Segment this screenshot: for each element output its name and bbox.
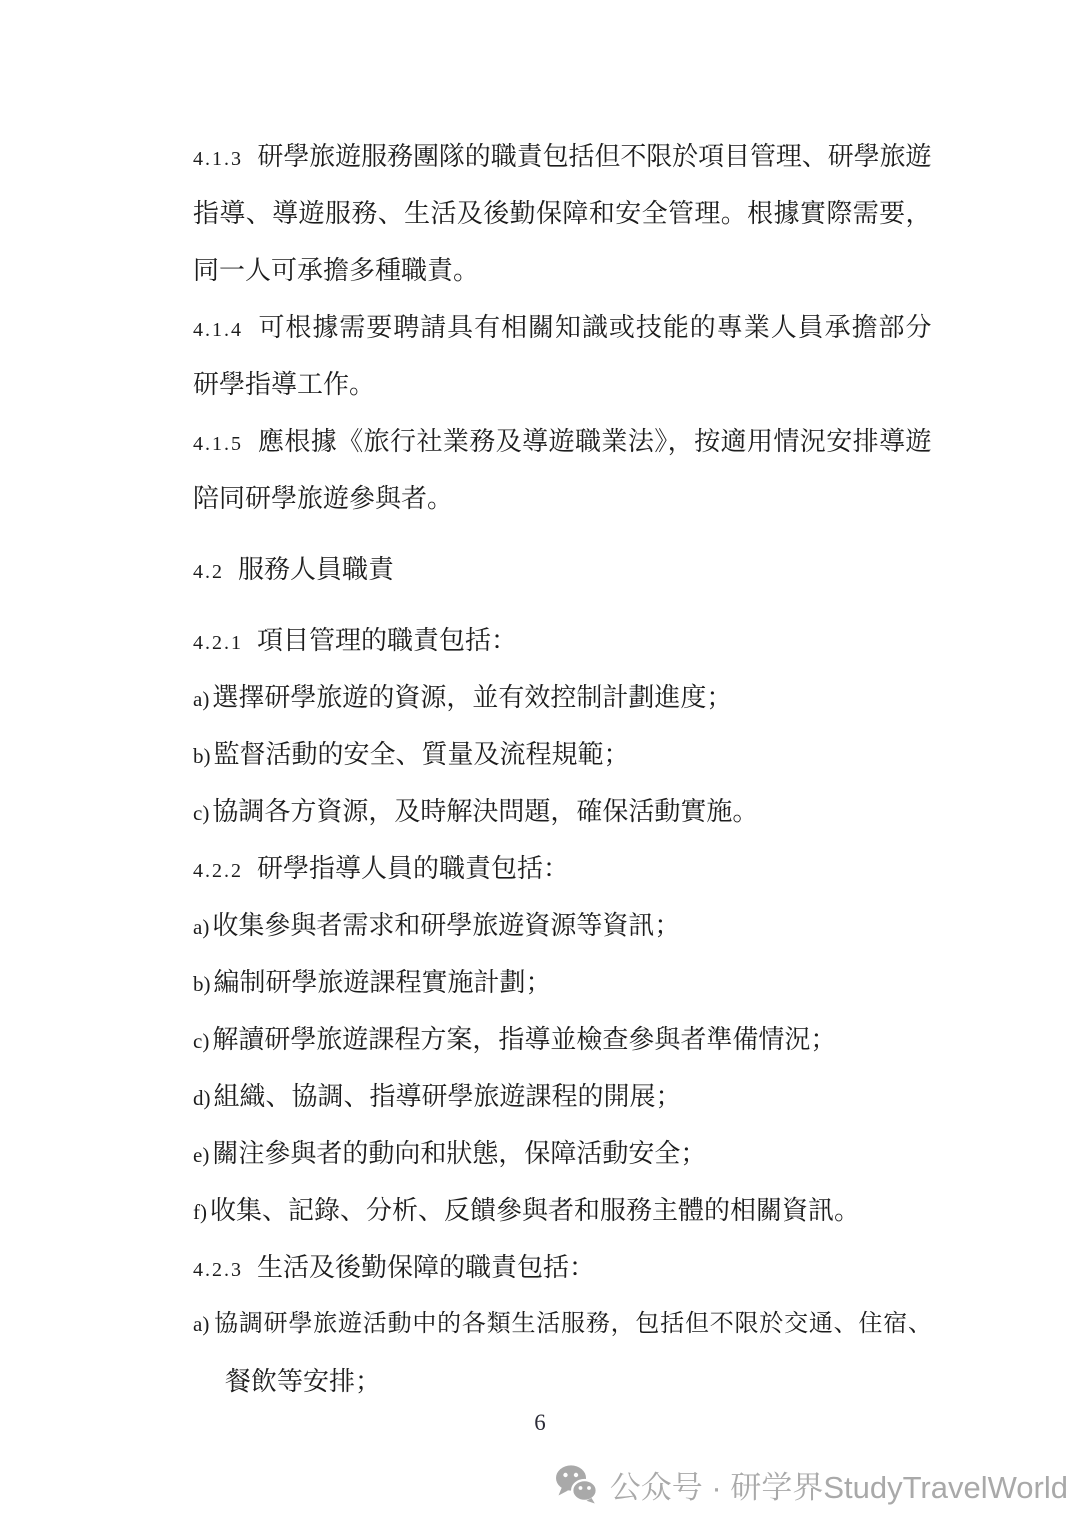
list-item-b: b)監督活動的安全、質量及流程規範； xyxy=(193,726,931,783)
item-letter: c) xyxy=(193,801,209,825)
item-letter: b) xyxy=(193,972,211,996)
clause-text: 研學指導工作。 xyxy=(193,370,375,399)
item-letter: a) xyxy=(193,915,209,939)
clause-number: 4.2.2 xyxy=(193,860,243,882)
clause-4-1-3-line-2: 指導、導遊服務、生活及後勤保障和安全管理。根據實際需要， xyxy=(193,185,931,242)
item-text: 收集參與者需求和研學旅遊資源等資訊； xyxy=(212,911,680,940)
item-text: 編制研學旅遊課程實施計劃； xyxy=(214,968,552,997)
item-text: 選擇研學旅遊的資源，並有效控制計劃進度； xyxy=(212,683,732,712)
clause-4-1-5-line-2: 陪同研學旅遊參與者。 xyxy=(193,470,931,527)
item-letter: f) xyxy=(193,1200,207,1224)
list-item-a-line-2: 餐飲等安排； xyxy=(193,1353,931,1410)
page-number: 6 xyxy=(0,1408,1080,1438)
item-text: 收集、記錄、分析、反饋參與者和服務主體的相關資訊。 xyxy=(210,1196,860,1225)
clause-text: 陪同研學旅遊參與者。 xyxy=(193,484,453,513)
clause-text: 可根據需要聘請具有相關知識或技能的專業人員承擔部分 xyxy=(257,313,931,342)
clause-text: 同一人可承擔多種職責。 xyxy=(193,256,479,285)
list-item-a: a)收集參與者需求和研學旅遊資源等資訊； xyxy=(193,897,931,954)
clause-4-2-2: 4.2.2研學指導人員的職責包括： xyxy=(193,840,931,897)
watermark: 公众号 · 研学界StudyTravelWorld xyxy=(555,1458,1068,1510)
clause-text: 指導、導遊服務、生活及後勤保障和安全管理。根據實際需要， xyxy=(193,199,931,228)
item-letter: e) xyxy=(193,1143,209,1167)
section-heading-4-2: 4.2服務人員職責 xyxy=(193,541,931,598)
watermark-text: 公众号 · 研学界StudyTravelWorld xyxy=(610,1462,1068,1507)
item-text: 監督活動的安全、質量及流程規範； xyxy=(214,740,630,769)
item-letter: a) xyxy=(193,687,209,711)
clause-text: 應根據《旅行社業務及導遊職業法》，按適用情況安排導遊 xyxy=(257,427,931,456)
item-letter: b) xyxy=(193,744,211,768)
item-letter: c) xyxy=(193,1029,209,1053)
item-text: 協調各方資源，及時解決問題，確保活動實施。 xyxy=(212,797,758,826)
document-page: 4.1.3研學旅遊服務團隊的職責包括但不限於項目管理、研學旅遊 指導、導遊服務、… xyxy=(0,0,1080,1527)
list-item-e: e)關注參與者的動向和狀態，保障活動安全； xyxy=(193,1125,931,1182)
clause-number: 4.1.5 xyxy=(193,433,243,455)
list-item-c: c)解讀研學旅遊課程方案，指導並檢查參與者準備情況； xyxy=(193,1011,931,1068)
section-title: 服務人員職責 xyxy=(238,555,394,584)
item-text: 協調研學旅遊活動中的各類生活服務，包括但不限於交通、住宿、 xyxy=(212,1311,931,1337)
item-text: 解讀研學旅遊課程方案，指導並檢查參與者準備情況； xyxy=(212,1025,836,1054)
section-number: 4.2 xyxy=(193,561,224,583)
item-text: 關注參與者的動向和狀態，保障活動安全； xyxy=(212,1139,706,1168)
wechat-icon xyxy=(555,1464,597,1504)
item-letter: a) xyxy=(193,1312,209,1336)
clause-text: 項目管理的職責包括： xyxy=(257,626,517,655)
list-item-b: b)編制研學旅遊課程實施計劃； xyxy=(193,954,931,1011)
clause-number: 4.2.1 xyxy=(193,632,243,654)
clause-4-2-3: 4.2.3生活及後勤保障的職責包括： xyxy=(193,1239,931,1296)
list-item-f: f)收集、記錄、分析、反饋參與者和服務主體的相關資訊。 xyxy=(193,1182,931,1239)
clause-text: 研學指導人員的職責包括： xyxy=(257,854,569,883)
list-item-a-line-1: a)協調研學旅遊活動中的各類生活服務，包括但不限於交通、住宿、 xyxy=(193,1296,931,1353)
list-item-d: d)組織、協調、指導研學旅遊課程的開展； xyxy=(193,1068,931,1125)
clause-text: 生活及後勤保障的職責包括： xyxy=(257,1253,595,1282)
clause-number: 4.2.3 xyxy=(193,1259,243,1281)
clause-4-1-3-line-1: 4.1.3研學旅遊服務團隊的職責包括但不限於項目管理、研學旅遊 xyxy=(193,128,931,185)
clause-4-1-4-line-2: 研學指導工作。 xyxy=(193,356,931,413)
list-item-c: c)協調各方資源，及時解決問題，確保活動實施。 xyxy=(193,783,931,840)
list-item-a: a)選擇研學旅遊的資源，並有效控制計劃進度； xyxy=(193,669,931,726)
item-letter: d) xyxy=(193,1086,211,1110)
item-text: 組織、協調、指導研學旅遊課程的開展； xyxy=(214,1082,682,1111)
document-body: 4.1.3研學旅遊服務團隊的職責包括但不限於項目管理、研學旅遊 指導、導遊服務、… xyxy=(193,128,931,1410)
clause-4-1-5-line-1: 4.1.5應根據《旅行社業務及導遊職業法》，按適用情況安排導遊 xyxy=(193,413,931,470)
clause-text: 研學旅遊服務團隊的職責包括但不限於項目管理、研學旅遊 xyxy=(257,142,931,171)
clause-4-1-3-line-3: 同一人可承擔多種職責。 xyxy=(193,242,931,299)
item-text: 餐飲等安排； xyxy=(225,1367,381,1396)
clause-4-1-4-line-1: 4.1.4可根據需要聘請具有相關知識或技能的專業人員承擔部分 xyxy=(193,299,931,356)
clause-number: 4.1.4 xyxy=(193,319,243,341)
clause-4-2-1: 4.2.1項目管理的職責包括： xyxy=(193,612,931,669)
clause-number: 4.1.3 xyxy=(193,148,243,170)
